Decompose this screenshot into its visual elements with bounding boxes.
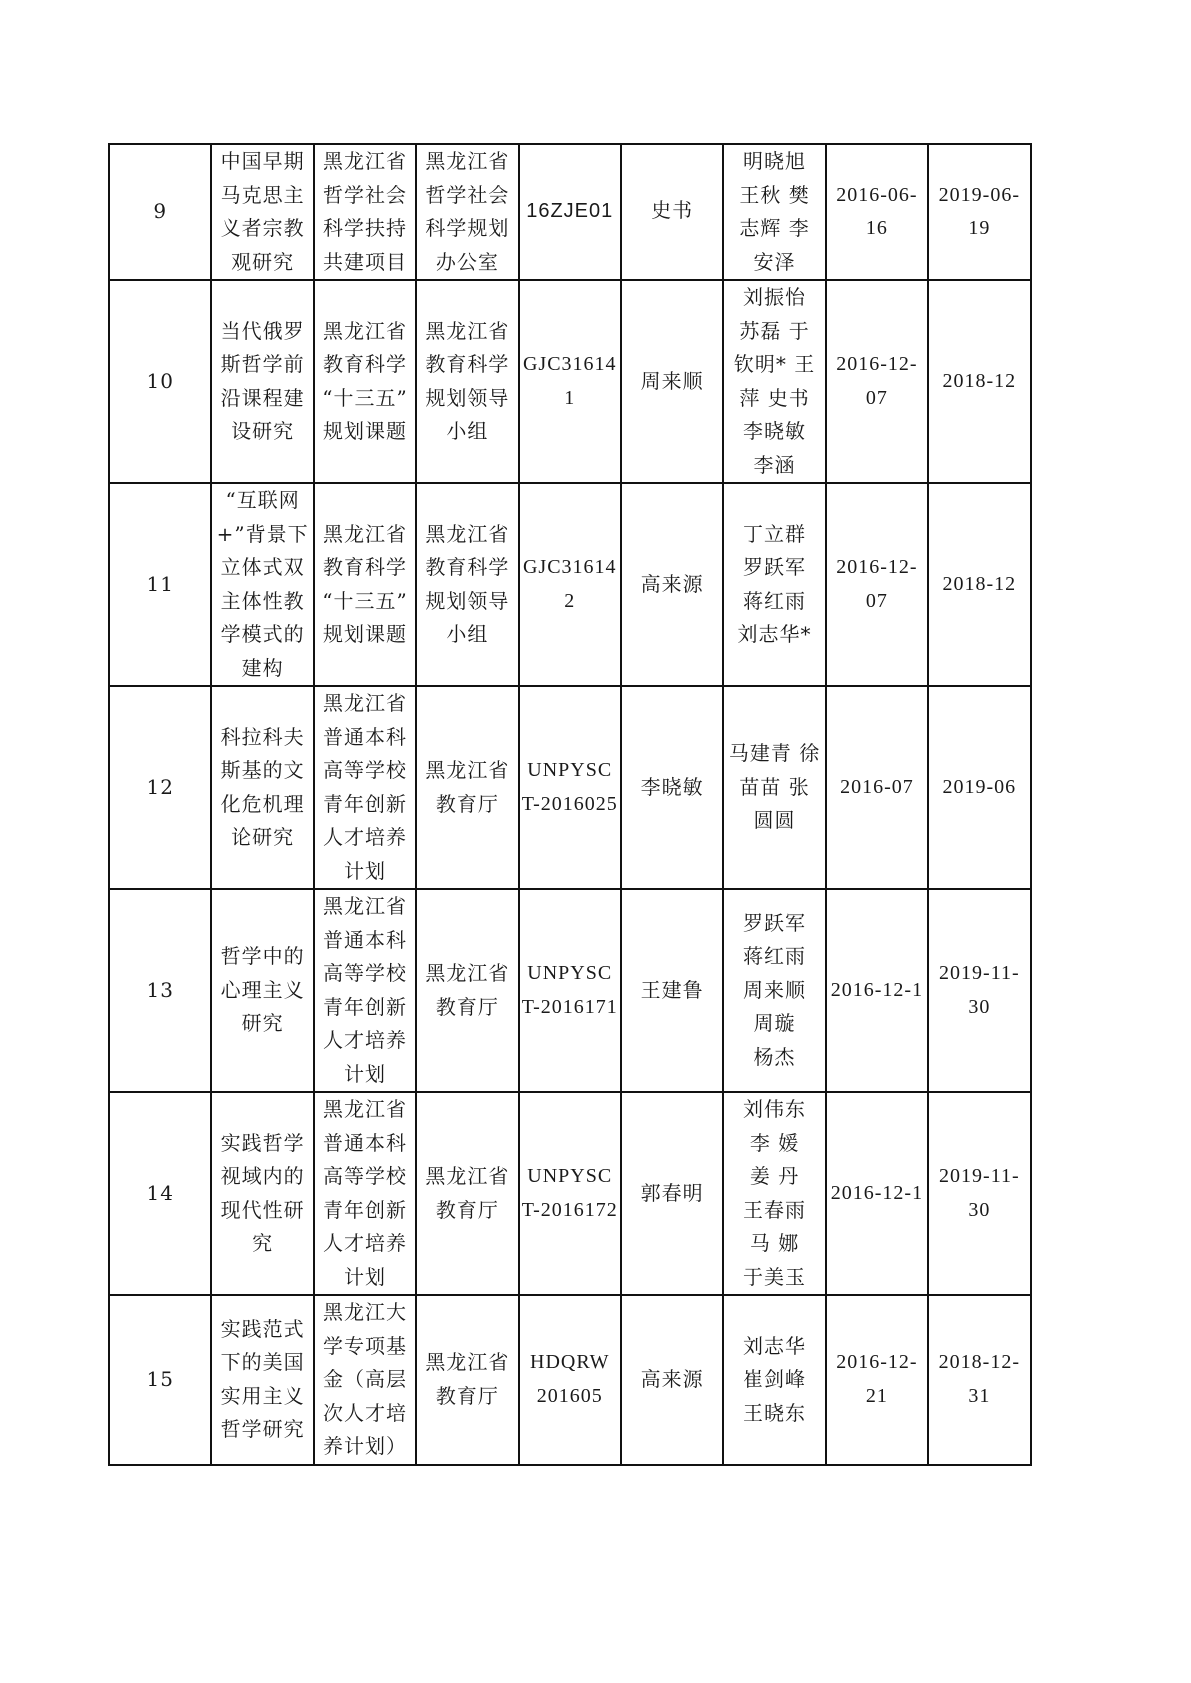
project-leader: 高来源: [621, 1295, 723, 1465]
project-category: 黑龙江省 普通本科 高等学校 青年创新 人才培养 计划: [314, 1092, 416, 1295]
table-row: 12 科拉科夫 斯基的文 化危机理 论研究 黑龙江省 普通本科 高等学校 青年创…: [109, 686, 1031, 889]
start-date: 2016-12-1: [826, 889, 928, 1092]
table-row: 11 “互联网 +”背景下 立体式双 主体性教 学模式的 建构 黑龙江省 教育科…: [109, 483, 1031, 686]
project-members: 刘志华 崔剑峰 王晓东: [723, 1295, 825, 1465]
project-code: HDQRW 201605: [519, 1295, 621, 1465]
project-issuer: 黑龙江省 教育科学 规划领导 小组: [416, 280, 518, 483]
project-category: 黑龙江大 学专项基 金（高层 次人才培 养计划）: [314, 1295, 416, 1465]
project-code: GJC31614 2: [519, 483, 621, 686]
project-leader: 王建鲁: [621, 889, 723, 1092]
project-number: 15: [109, 1295, 211, 1465]
table-row: 9 中国早期 马克思主 义者宗教 观研究 黑龙江省 哲学社会 科学扶持 共建项目…: [109, 144, 1031, 280]
end-date: 2019-06- 19: [928, 144, 1030, 280]
project-members: 明晓旭 王秋 樊 志辉 李 安泽: [723, 144, 825, 280]
project-code: UNPYSC T-2016171: [519, 889, 621, 1092]
project-number: 12: [109, 686, 211, 889]
project-issuer: 黑龙江省 教育厅: [416, 1092, 518, 1295]
project-code: 16ZJE01: [519, 144, 621, 280]
project-issuer: 黑龙江省 教育厅: [416, 686, 518, 889]
end-date: 2019-11- 30: [928, 889, 1030, 1092]
start-date: 2016-12-1: [826, 1092, 928, 1295]
project-number: 10: [109, 280, 211, 483]
project-category: 黑龙江省 教育科学 “十三五” 规划课题: [314, 280, 416, 483]
project-code: GJC31614 1: [519, 280, 621, 483]
project-leader: 高来源: [621, 483, 723, 686]
document-page: 9 中国早期 马克思主 义者宗教 观研究 黑龙江省 哲学社会 科学扶持 共建项目…: [0, 0, 1191, 1683]
start-date: 2016-12- 07: [826, 483, 928, 686]
project-members: 刘振怡 苏磊 于 钦明* 王 萍 史书 李晓敏 李涵: [723, 280, 825, 483]
project-code: UNPYSC T-2016025: [519, 686, 621, 889]
end-date: 2018-12: [928, 483, 1030, 686]
project-number: 11: [109, 483, 211, 686]
project-title: 科拉科夫 斯基的文 化危机理 论研究: [211, 686, 313, 889]
end-date: 2019-11- 30: [928, 1092, 1030, 1295]
table-row: 15 实践范式 下的美国 实用主义 哲学研究 黑龙江大 学专项基 金（高层 次人…: [109, 1295, 1031, 1465]
table-row: 10 当代俄罗 斯哲学前 沿课程建 设研究 黑龙江省 教育科学 “十三五” 规划…: [109, 280, 1031, 483]
project-number: 9: [109, 144, 211, 280]
research-projects-table: 9 中国早期 马克思主 义者宗教 观研究 黑龙江省 哲学社会 科学扶持 共建项目…: [108, 143, 1032, 1466]
end-date: 2018-12: [928, 280, 1030, 483]
project-issuer: 黑龙江省 教育厅: [416, 889, 518, 1092]
project-category: 黑龙江省 普通本科 高等学校 青年创新 人才培养 计划: [314, 686, 416, 889]
table-row: 13 哲学中的 心理主义 研究 黑龙江省 普通本科 高等学校 青年创新 人才培养…: [109, 889, 1031, 1092]
project-number: 14: [109, 1092, 211, 1295]
project-title: 当代俄罗 斯哲学前 沿课程建 设研究: [211, 280, 313, 483]
project-category: 黑龙江省 普通本科 高等学校 青年创新 人才培养 计划: [314, 889, 416, 1092]
project-issuer: 黑龙江省 哲学社会 科学规划 办公室: [416, 144, 518, 280]
project-title: “互联网 +”背景下 立体式双 主体性教 学模式的 建构: [211, 483, 313, 686]
project-title: 实践范式 下的美国 实用主义 哲学研究: [211, 1295, 313, 1465]
project-issuer: 黑龙江省 教育厅: [416, 1295, 518, 1465]
project-leader: 周来顺: [621, 280, 723, 483]
end-date: 2018-12- 31: [928, 1295, 1030, 1465]
project-title: 实践哲学 视域内的 现代性研 究: [211, 1092, 313, 1295]
project-leader: 史书: [621, 144, 723, 280]
project-title: 哲学中的 心理主义 研究: [211, 889, 313, 1092]
project-leader: 郭春明: [621, 1092, 723, 1295]
project-leader: 李晓敏: [621, 686, 723, 889]
project-issuer: 黑龙江省 教育科学 规划领导 小组: [416, 483, 518, 686]
project-members: 刘伟东 李 媛 姜 丹 王春雨 马 娜 于美玉: [723, 1092, 825, 1295]
project-title: 中国早期 马克思主 义者宗教 观研究: [211, 144, 313, 280]
project-members: 丁立群 罗跃军 蒋红雨 刘志华*: [723, 483, 825, 686]
start-date: 2016-06- 16: [826, 144, 928, 280]
project-category: 黑龙江省 教育科学 “十三五” 规划课题: [314, 483, 416, 686]
project-number: 13: [109, 889, 211, 1092]
project-members: 马建青 徐 苗苗 张 圆圆: [723, 686, 825, 889]
start-date: 2016-07: [826, 686, 928, 889]
project-category: 黑龙江省 哲学社会 科学扶持 共建项目: [314, 144, 416, 280]
project-code: UNPYSC T-2016172: [519, 1092, 621, 1295]
start-date: 2016-12- 07: [826, 280, 928, 483]
start-date: 2016-12- 21: [826, 1295, 928, 1465]
end-date: 2019-06: [928, 686, 1030, 889]
table-row: 14 实践哲学 视域内的 现代性研 究 黑龙江省 普通本科 高等学校 青年创新 …: [109, 1092, 1031, 1295]
project-members: 罗跃军 蒋红雨 周来顺 周璇 杨杰: [723, 889, 825, 1092]
